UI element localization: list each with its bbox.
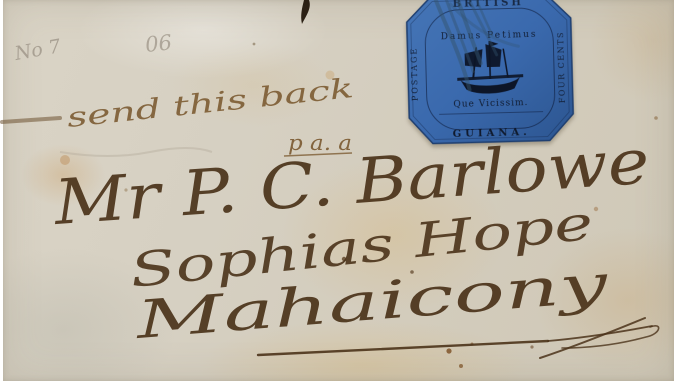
ink-note: send this back [65, 73, 355, 134]
handwriting-layer: No 7 06 send this back p a. a Mr P. C. B… [0, 0, 678, 381]
ink-note-lead-dash [2, 118, 60, 122]
pencil-note-left: No 7 [12, 35, 63, 65]
pencil-squiggle [60, 148, 212, 156]
top-edge-ink-mark [301, 0, 310, 24]
pencil-note-right: 06 [144, 30, 173, 57]
photo-frame: BRITISH Damus Petimus Que Vicissim. GUIA… [0, 0, 678, 381]
